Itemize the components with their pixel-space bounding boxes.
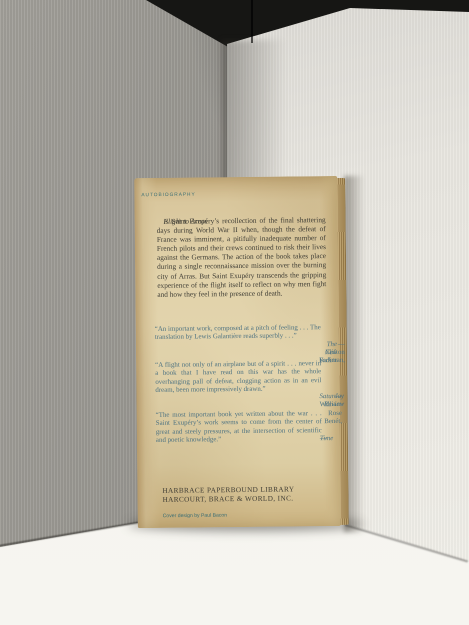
blurb-source: Saturday Review bbox=[319, 393, 344, 410]
blurb-source: The New Yorker bbox=[319, 341, 337, 366]
blurb-source: Time bbox=[320, 435, 333, 443]
blurb-quote: “A flight not only of an airplane but of… bbox=[155, 360, 321, 395]
book-synopsis: Flight to Arras is Saint Exupéry’s recol… bbox=[150, 215, 326, 217]
review-blurb-new-yorker: “An important work, composed at a pitch … bbox=[155, 324, 321, 342]
backdrop-seam bbox=[251, 0, 253, 43]
paperback-book-back-cover: AUTOBIOGRAPHY Flight to Arras is Saint E… bbox=[134, 176, 349, 528]
genre-label: AUTOBIOGRAPHY bbox=[141, 192, 195, 197]
imprint-line-2: HARCOURT, BRACE & WORLD, INC. bbox=[163, 494, 333, 505]
blurb-quote: “The most important book yet written abo… bbox=[156, 410, 322, 445]
publisher-imprint: HARBRACE PAPERBOUND LIBRARY HARCOURT, BR… bbox=[162, 485, 332, 506]
blurb-quote: “An important work, composed at a pitch … bbox=[155, 324, 321, 342]
synopsis-text: is Saint Exupéry’s recollection of the f… bbox=[157, 215, 327, 299]
review-blurb-time: “The most important book yet written abo… bbox=[156, 410, 322, 437]
corner-photo-scene: AUTOBIOGRAPHY Flight to Arras is Saint E… bbox=[0, 0, 469, 625]
back-cover: AUTOBIOGRAPHY Flight to Arras is Saint E… bbox=[134, 176, 341, 528]
cover-design-credit: Cover design by Paul Bacon bbox=[163, 513, 227, 519]
review-blurb-saturday-review: “A flight not only of an airplane but of… bbox=[155, 360, 321, 395]
